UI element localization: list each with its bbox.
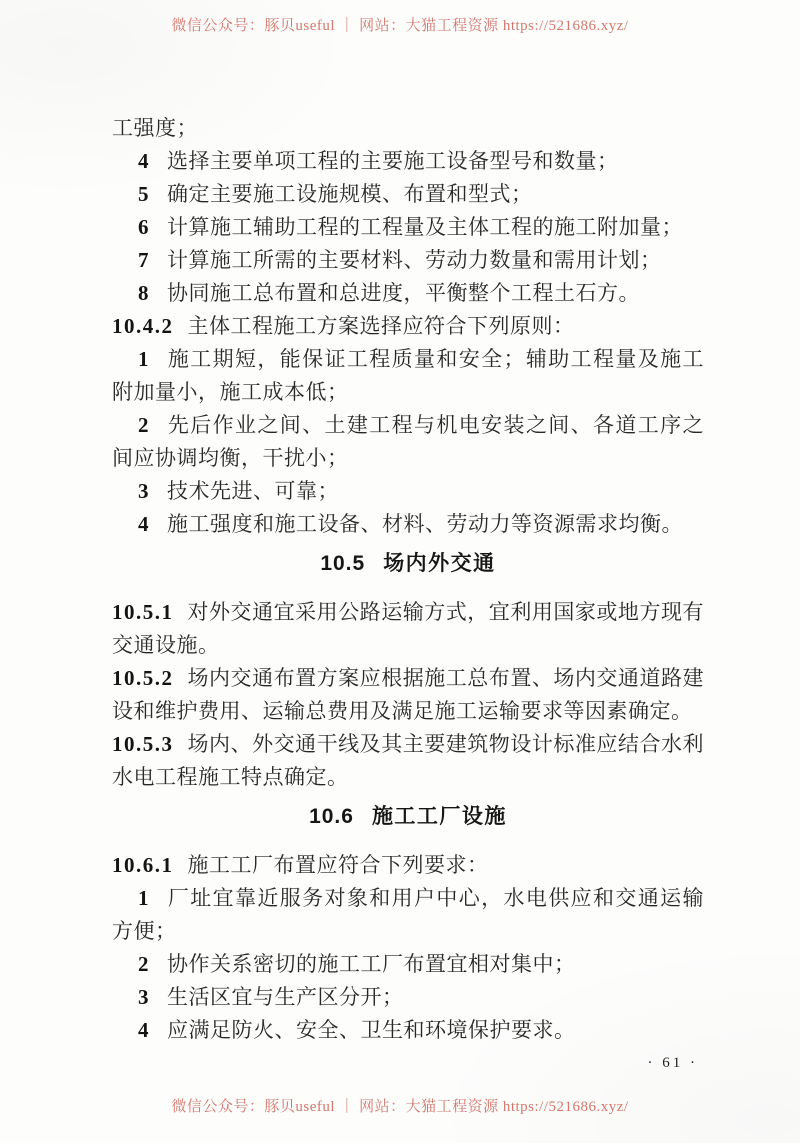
list-item: 5确定主要施工设施规模、布置和型式； [112,178,704,211]
clause-text: 施工工厂布置应符合下列要求： [188,853,489,877]
section-title: 施工工厂设施 [372,805,507,828]
clause-text: 场内交通布置方案应根据施工总布置、场内交通道路建设和维护费用、运输总费用及满足施… [112,666,704,723]
item-number: 4 [138,1018,149,1042]
item-text: 计算施工所需的主要材料、劳动力数量和需用计划； [167,248,662,272]
item-text: 先后作业之间、土建工程与机电安装之间、各道工序之间应协调均衡，干扰小； [112,413,704,470]
item-number: 4 [138,512,149,536]
list-item: 1厂址宜靠近服务对象和用户中心，水电供应和交通运输方便； [112,882,704,948]
continuation-line: 工强度； [112,112,704,145]
clause-number: 10.6.1 [112,853,174,877]
item-number: 2 [138,952,149,976]
item-number: 8 [138,281,149,305]
list-item: 6计算施工辅助工程的工程量及主体工程的施工附加量； [112,211,704,244]
list-item: 4施工强度和施工设备、材料、劳动力等资源需求均衡。 [112,508,704,541]
body-text: 工强度； [112,116,198,140]
list-item: 8协同施工总布置和总进度，平衡整个工程土石方。 [112,277,704,310]
clause-10-5-2: 10.5.2场内交通布置方案应根据施工总布置、场内交通道路建设和维护费用、运输总… [112,662,704,728]
clause-number: 10.5.2 [112,666,174,690]
clause-text: 主体工程施工方案选择应符合下列原则： [188,314,575,338]
item-text: 协作关系密切的施工工厂布置宜相对集中； [167,952,576,976]
item-number: 1 [138,886,149,910]
item-number: 3 [138,985,149,1009]
document-body: 工强度； 4选择主要单项工程的主要施工设备型号和数量； 5确定主要施工设施规模、… [112,112,704,1073]
item-text: 厂址宜靠近服务对象和用户中心，水电供应和交通运输方便； [112,886,704,943]
watermark-header: 微信公众号：豚贝useful ｜ 网站：大猫工程资源 https://52168… [0,14,800,35]
clause-10-5-1: 10.5.1对外交通宜采用公路运输方式，宜利用国家或地方现有交通设施。 [112,596,704,662]
item-text: 施工强度和施工设备、材料、劳动力等资源需求均衡。 [167,512,683,536]
clause-10-4-2: 10.4.2主体工程施工方案选择应符合下列原则： [112,310,704,343]
item-text: 协同施工总布置和总进度，平衡整个工程土石方。 [167,281,640,305]
clause-number: 10.4.2 [112,314,174,338]
list-item: 7计算施工所需的主要材料、劳动力数量和需用计划； [112,244,704,277]
document-page: 微信公众号：豚贝useful ｜ 网站：大猫工程资源 https://52168… [0,0,800,1143]
item-text: 施工期短，能保证工程质量和安全；辅助工程量及施工附加量小，施工成本低； [112,347,704,404]
section-heading-10-6: 10.6施工工厂设施 [112,800,704,833]
item-text: 技术先进、可靠； [167,479,339,503]
list-item: 2协作关系密切的施工工厂布置宜相对集中； [112,948,704,981]
section-number: 10.5 [320,552,365,575]
item-text: 计算施工辅助工程的工程量及主体工程的施工附加量； [167,215,683,239]
item-text: 确定主要施工设施规模、布置和型式； [167,182,533,206]
item-text: 选择主要单项工程的主要施工设备型号和数量； [167,149,619,173]
item-number: 3 [138,479,149,503]
list-item: 3技术先进、可靠； [112,475,704,508]
item-number: 5 [138,182,149,206]
list-item: 3生活区宜与生产区分开； [112,981,704,1014]
clause-10-5-3: 10.5.3场内、外交通干线及其主要建筑物设计标准应结合水利水电工程施工特点确定… [112,728,704,794]
list-item: 4选择主要单项工程的主要施工设备型号和数量； [112,145,704,178]
item-text: 生活区宜与生产区分开； [167,985,404,1009]
list-item: 4应满足防火、安全、卫生和环境保护要求。 [112,1014,704,1047]
item-number: 2 [138,413,149,437]
list-item: 1施工期短，能保证工程质量和安全；辅助工程量及施工附加量小，施工成本低； [112,343,704,409]
clause-text: 场内、外交通干线及其主要建筑物设计标准应结合水利水电工程施工特点确定。 [112,732,704,789]
section-number: 10.6 [309,805,354,828]
item-number: 6 [138,215,149,239]
section-heading-10-5: 10.5场内外交通 [112,547,704,580]
item-text: 应满足防火、安全、卫生和环境保护要求。 [167,1018,576,1042]
clause-10-6-1: 10.6.1施工工厂布置应符合下列要求： [112,849,704,882]
section-title: 场内外交通 [383,552,496,575]
clause-number: 10.5.3 [112,732,174,756]
clause-text: 对外交通宜采用公路运输方式，宜利用国家或地方现有交通设施。 [112,600,704,657]
clause-number: 10.5.1 [112,600,174,624]
list-item: 2先后作业之间、土建工程与机电安装之间、各道工序之间应协调均衡，干扰小； [112,409,704,475]
page-number: · 61 · [112,1053,704,1073]
item-number: 1 [138,347,149,371]
item-number: 7 [138,248,149,272]
watermark-footer: 微信公众号：豚贝useful ｜ 网站：大猫工程资源 https://52168… [0,1095,800,1116]
item-number: 4 [138,149,149,173]
